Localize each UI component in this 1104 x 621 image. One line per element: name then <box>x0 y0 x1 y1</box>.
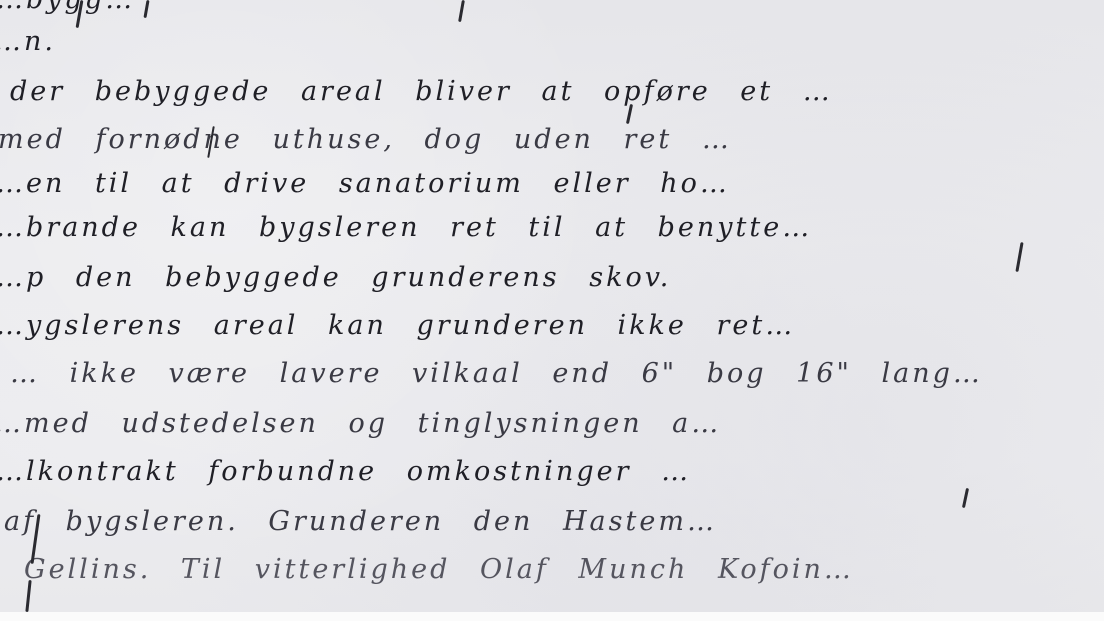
handwritten-line: …med udstedelsen og tinglysningen a… <box>0 410 721 437</box>
handwritten-line: …en til at drive sanatorium eller ho… <box>0 170 730 197</box>
handwritten-line: …bygg… <box>0 0 135 13</box>
pen-stroke <box>458 0 465 22</box>
handwritten-line: … ikke være lavere vilkaal end 6" bog 16… <box>10 360 983 387</box>
handwritten-line: med fornødne uthuse, dog uden ret … <box>0 126 732 153</box>
handwritten-line: …p den bebyggede grunderens skov. <box>0 264 671 291</box>
handwritten-line: …n. <box>0 28 56 55</box>
scan-margin <box>0 612 1104 621</box>
handwritten-line: Gellins. Til vitterlighed Olaf Munch Kof… <box>24 556 854 583</box>
pen-stroke <box>962 488 969 508</box>
handwritten-line: af bygsleren. Grunderen den Hastem… <box>4 508 717 535</box>
pen-stroke <box>143 0 149 18</box>
handwritten-line: …ygslerens areal kan grunderen ikke ret… <box>0 312 795 339</box>
handwritten-line: …lkontrakt forbundne omkostninger … <box>0 458 691 485</box>
pen-stroke <box>1015 242 1023 272</box>
handwritten-line: …brande kan bygsleren ret til at benytte… <box>0 214 812 241</box>
handwritten-line: der bebyggede areal bliver at opføre et … <box>10 78 833 105</box>
manuscript-page: …bygg… …n. der bebyggede areal bliver at… <box>0 0 1104 612</box>
